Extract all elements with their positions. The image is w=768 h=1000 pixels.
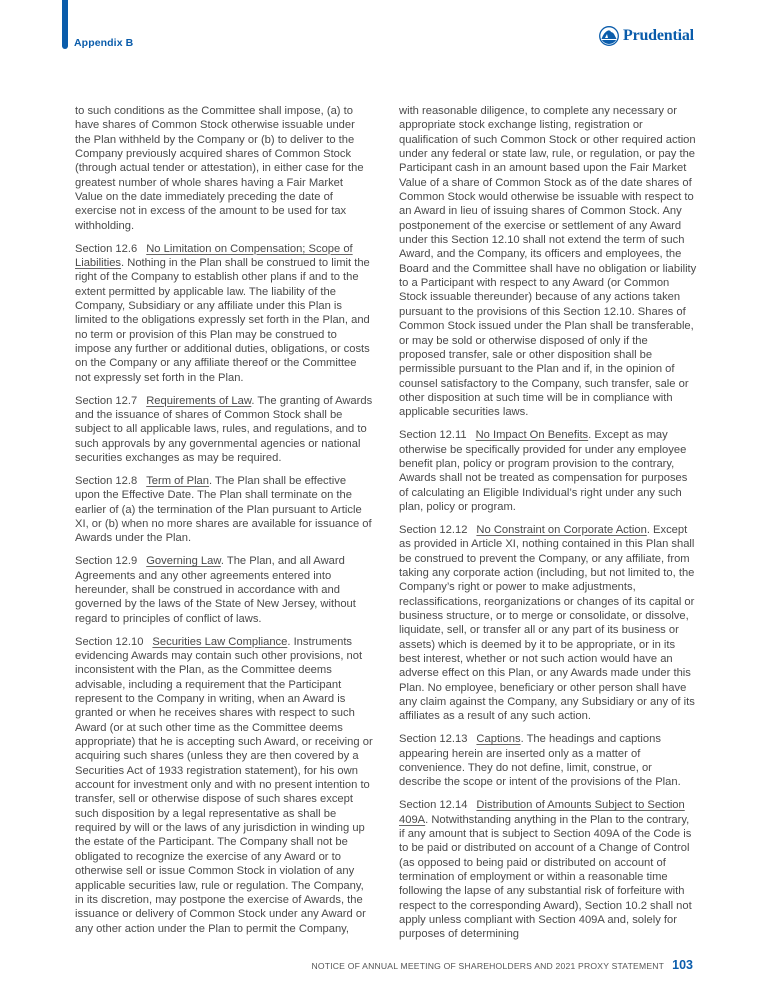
section-number: Section 12.12 (399, 524, 467, 536)
section-title: No Impact On Benefits (476, 429, 589, 441)
section-12-9: Section 12.9Governing Law. The Plan, and… (75, 554, 373, 626)
section-title: Term of Plan (146, 475, 209, 487)
brand-logo: Prudential (599, 26, 694, 46)
brand-name: Prudential (623, 27, 694, 45)
section-title: Requirements of Law (146, 395, 251, 407)
section-12-13: Section 12.13Captions. The headings and … (399, 732, 697, 789)
section-body: . Instruments evidencing Awards may cont… (75, 636, 373, 935)
continuation-paragraph: to such conditions as the Committee shal… (75, 104, 373, 233)
section-body: . Notwithstanding anything in the Plan t… (399, 814, 692, 941)
document-title: NOTICE OF ANNUAL MEETING OF SHAREHOLDERS… (311, 961, 664, 971)
section-12-8: Section 12.8Term of Plan. The Plan shall… (75, 474, 373, 546)
left-column: to such conditions as the Committee shal… (75, 104, 373, 944)
section-number: Section 12.10 (75, 636, 143, 648)
page-number: 103 (672, 958, 693, 972)
page-footer: NOTICE OF ANNUAL MEETING OF SHAREHOLDERS… (311, 958, 693, 972)
section-number: Section 12.13 (399, 733, 467, 745)
section-number: Section 12.11 (399, 429, 467, 441)
section-body: . Nothing in the Plan shall be construed… (75, 257, 370, 384)
section-number: Section 12.8 (75, 475, 137, 487)
section-title: Governing Law (146, 555, 221, 567)
section-number: Section 12.14 (399, 799, 467, 811)
right-column: with reasonable diligence, to complete a… (399, 104, 697, 950)
section-number: Section 12.6 (75, 243, 137, 255)
section-body: . Except as may otherwise be specificall… (399, 429, 687, 513)
header-accent-bar (62, 0, 68, 49)
continuation-paragraph: with reasonable diligence, to complete a… (399, 104, 697, 420)
section-12-11: Section 12.11No Impact On Benefits. Exce… (399, 428, 697, 514)
section-label: Appendix B (74, 37, 133, 49)
section-12-7: Section 12.7Requirements of Law. The gra… (75, 394, 373, 466)
section-body: . Except as provided in Article XI, noth… (399, 524, 695, 722)
section-12-10: Section 12.10Securities Law Compliance. … (75, 635, 373, 936)
section-12-14: Section 12.14Distribution of Amounts Sub… (399, 798, 697, 941)
section-number: Section 12.9 (75, 555, 137, 567)
section-title: Captions (476, 733, 520, 745)
section-title: No Constraint on Corporate Action (476, 524, 646, 536)
section-12-6: Section 12.6No Limitation on Compensatio… (75, 242, 373, 385)
section-title: Securities Law Compliance (152, 636, 287, 648)
section-number: Section 12.7 (75, 395, 137, 407)
rock-of-gibraltar-icon (599, 26, 619, 46)
section-12-12: Section 12.12No Constraint on Corporate … (399, 523, 697, 724)
